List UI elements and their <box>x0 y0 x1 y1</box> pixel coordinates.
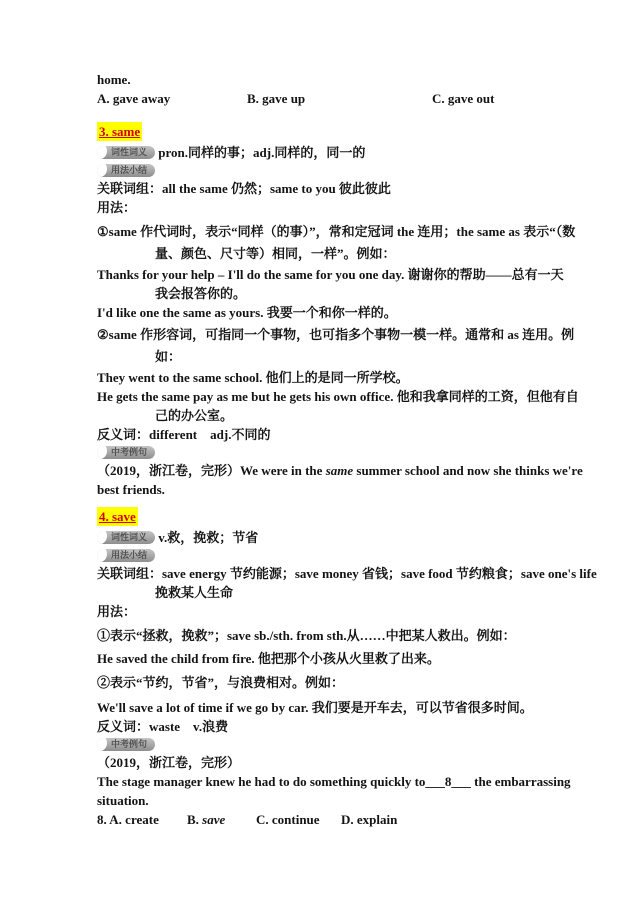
prev-option-c: C. gave out <box>432 91 494 106</box>
section-save: 4. save <box>97 507 547 526</box>
save-question-line1: The stage manager knew he had to do some… <box>97 772 547 791</box>
prev-option-a: A. gave away <box>97 89 247 108</box>
same-exam-post: summer school and now she thinks we're <box>353 463 583 478</box>
same-antonym: 反义词：different adj.不同的 <box>97 425 547 444</box>
save-exam-badge-line: 中考例句 <box>97 736 547 753</box>
same-example1-line1: Thanks for your help – I'll do the same … <box>97 265 547 284</box>
section-heading-same: 3. same <box>97 122 142 141</box>
section-same: 3. same <box>97 122 547 141</box>
pos-badge: 词性词义 <box>97 146 155 159</box>
save-example2: We'll save a lot of time if we go by car… <box>97 698 547 717</box>
same-usage-label: 用法： <box>97 198 547 217</box>
pos-badge: 词性词义 <box>97 531 155 544</box>
same-usage2-line1: ②same 作形容词，可指同一个事物，也可指多个事物一模一样。通常和 as 连用… <box>97 324 547 346</box>
same-example1-line2: 我会报答你的。 <box>97 284 547 303</box>
q-option-b: B. save <box>187 810 256 829</box>
exam-badge: 中考例句 <box>97 738 155 751</box>
same-example2: I'd like one the same as yours. 我要一个和你一样… <box>97 303 547 322</box>
document-page: home. A. gave awayB. gave upC. gave out … <box>0 0 640 905</box>
same-exam-word: same <box>326 463 353 478</box>
same-exam-badge-line: 中考例句 <box>97 444 547 461</box>
q-option-a: 8. A. create <box>97 810 187 829</box>
same-usage-badge-line: 用法小结 <box>97 162 547 179</box>
save-collocations-line1: 关联词组：save energy 节约能源；save money 省钱；save… <box>97 564 547 583</box>
same-example3: They went to the same school. 他们上的是同一所学校… <box>97 368 547 387</box>
same-usage1-line2: 量、颜色、尺寸等）相同，一样”。例如： <box>97 243 547 265</box>
q-option-d: D. explain <box>341 812 397 827</box>
prev-question-stem-end: home. <box>97 70 547 89</box>
section-heading-save: 4. save <box>97 507 138 526</box>
save-usage-label: 用法： <box>97 602 547 621</box>
save-exam-source: （2019，浙江卷，完形） <box>97 753 547 772</box>
same-pos-text: pron.同样的事；adj.同样的，同一的 <box>158 145 365 160</box>
save-pos-text: v.救，挽救；节省 <box>158 530 258 545</box>
save-question-line2: situation. <box>97 791 547 810</box>
same-example4-line1: He gets the same pay as me but he gets h… <box>97 387 547 406</box>
exam-badge: 中考例句 <box>97 446 155 459</box>
same-collocations: 关联词组：all the same 仍然；same to you 彼此彼此 <box>97 179 547 198</box>
q-option-c: C. continue <box>256 810 341 829</box>
same-example4-line2: 己的办公室。 <box>97 406 547 425</box>
save-usage2: ②表示“节约，节省”，与浪费相对。例如： <box>97 672 547 694</box>
q-option-b-label: B. <box>187 812 202 827</box>
prev-option-b: B. gave up <box>247 89 432 108</box>
same-exam-sentence-line1: （2019，浙江卷，完形）We were in the same summer … <box>97 461 547 480</box>
save-usage-badge-line: 用法小结 <box>97 547 547 564</box>
same-usage2-line2: 如： <box>97 346 547 368</box>
usage-badge: 用法小结 <box>97 164 155 177</box>
save-usage1: ①表示“拯救，挽救”；save sb./sth. from sth.从……中把某… <box>97 625 547 647</box>
same-exam-sentence-line2: best friends. <box>97 480 547 499</box>
save-collocations-line2: 挽救某人生命 <box>97 583 547 602</box>
usage-badge: 用法小结 <box>97 549 155 562</box>
same-usage1-line1: ①same 作代词时，表示“同样（的事）”，常和定冠词 the 连用；the s… <box>97 221 547 243</box>
prev-question-options-row: A. gave awayB. gave upC. gave out <box>97 89 547 108</box>
save-question-options-row: 8. A. createB. saveC. continueD. explain <box>97 810 547 829</box>
same-exam-pre: （2019，浙江卷，完形）We were in the <box>97 463 326 478</box>
same-pos-line: 词性词义 pron.同样的事；adj.同样的，同一的 <box>97 143 547 162</box>
q-option-b-word: save <box>202 812 225 827</box>
save-example1: He saved the child from fire. 他把那个小孩从火里救… <box>97 649 547 668</box>
save-antonym: 反义词：waste v.浪费 <box>97 717 547 736</box>
save-pos-line: 词性词义 v.救，挽救；节省 <box>97 528 547 547</box>
